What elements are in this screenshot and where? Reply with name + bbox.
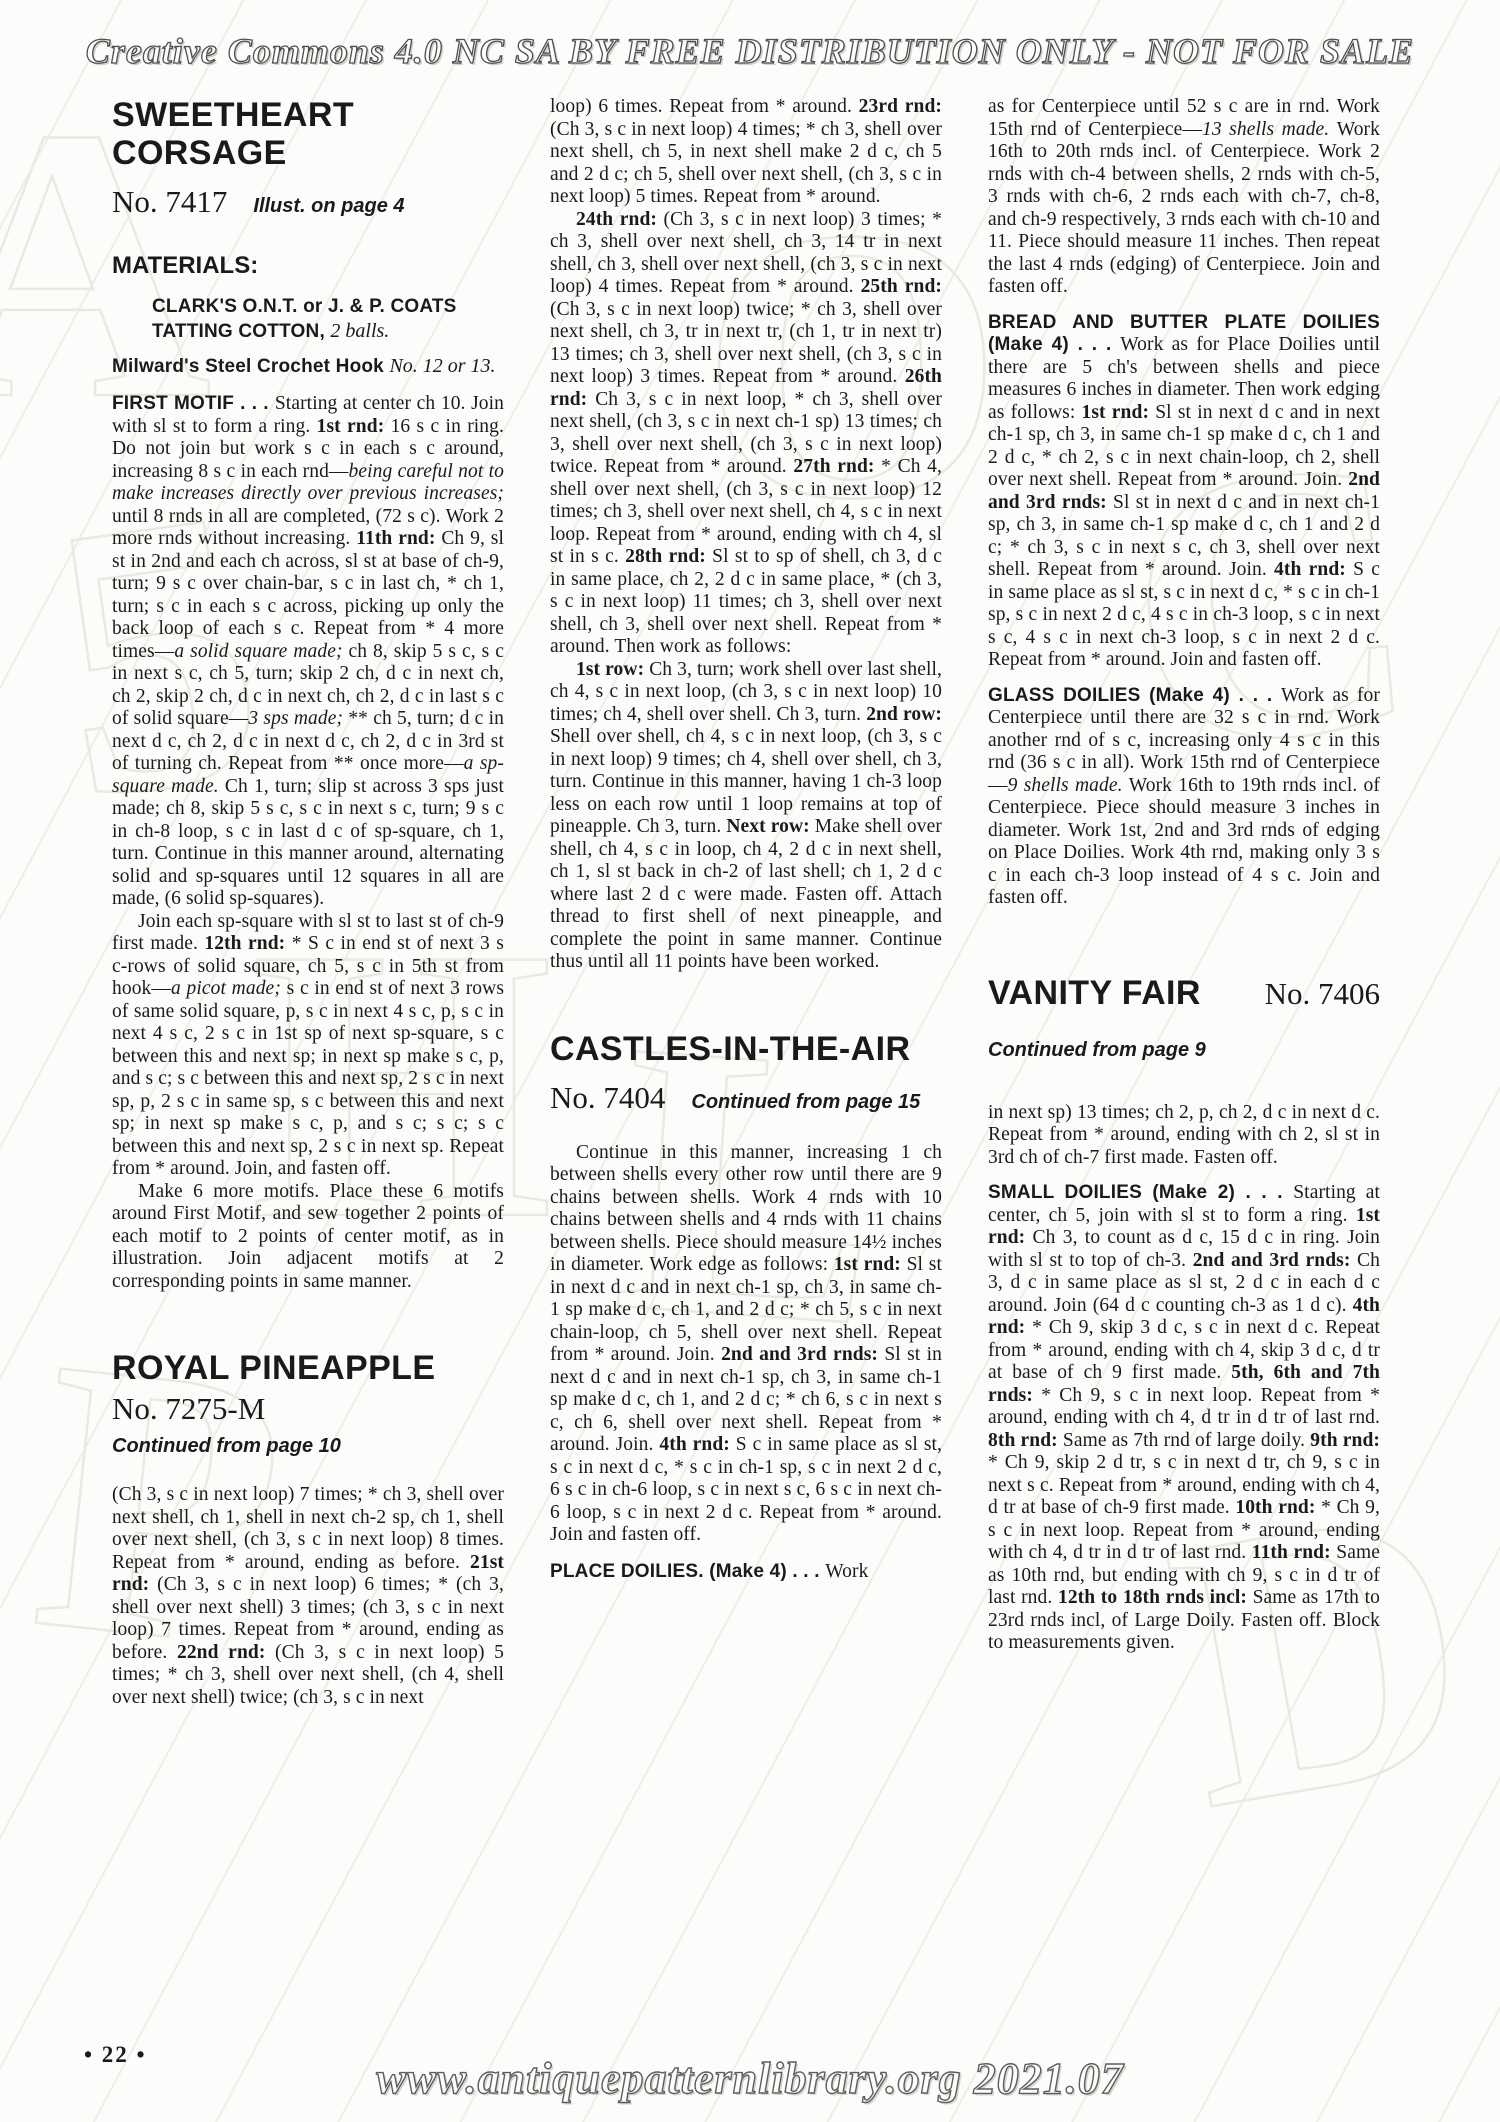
instruction-paragraph-make-motifs: Make 6 more motifs. Place these 6 motifs… <box>112 1181 504 1294</box>
continued-note: Continued from page 15 <box>691 1091 920 1114</box>
pattern-number: No. 7417 <box>112 184 227 220</box>
subsection-glass-doilies: GLASS DOILIES (Make 4) . . . Work as for… <box>988 685 1380 910</box>
subsection-place-doilies: PLACE DOILIES. (Make 4) . . . Work <box>550 1561 942 1584</box>
column-1: SWEETHEART CORSAGE No. 7417 Illust. on p… <box>112 96 504 1709</box>
pattern-title-sweetheart-corsage: SWEETHEART CORSAGE <box>112 96 504 172</box>
instruction-paragraph-royal-pineapple: (Ch 3, s c in next loop) 7 times; * ch 3… <box>112 1484 504 1709</box>
site-watermark: www.antiquepatternlibrary.org 2021.07 <box>0 2053 1500 2104</box>
subsection-bread-and-butter-doilies: BREAD AND BUTTER PLATE DOILIES (Make 4) … <box>988 312 1380 672</box>
instruction-paragraph-vanity-cont: in next sp) 13 times; ch 2, p, ch 2, d c… <box>988 1102 1380 1170</box>
continued-note: Continued from page 10 <box>112 1435 504 1458</box>
subsection-small-doilies: SMALL DOILIES (Make 2) . . . Starting at… <box>988 1182 1380 1655</box>
instruction-paragraph-castles: Continue in this manner, increasing 1 ch… <box>550 1142 942 1547</box>
instruction-paragraph-rnd24-28: 24th rnd: (Ch 3, s c in next loop) 3 tim… <box>550 209 942 659</box>
pattern-title-vanity-fair-line: VANITY FAIR No. 7406 <box>988 974 1380 1013</box>
instruction-paragraph-rnd23: loop) 6 times. Repeat from * around. 23r… <box>550 96 942 209</box>
pattern-title-royal-pineapple: ROYAL PINEAPPLE <box>112 1349 504 1387</box>
text-columns: SWEETHEART CORSAGE No. 7417 Illust. on p… <box>112 96 1380 1709</box>
instruction-paragraph-first-motif: FIRST MOTIF . . . Starting at center ch … <box>112 393 504 911</box>
license-banner: Creative Commons 4.0 NC SA BY FREE DISTR… <box>0 30 1500 72</box>
scanned-pattern-page: A 5 H P O C L D Creative Commons 4.0 NC … <box>0 0 1500 2122</box>
materials-heading: MATERIALS: <box>112 252 504 280</box>
materials-item-thread: CLARK'S O.N.T. or J. & P. COATS TATTING … <box>112 294 504 344</box>
pattern-number: No. 7406 <box>1265 976 1380 1012</box>
continued-note: Continued from page 9 <box>988 1039 1380 1062</box>
instruction-paragraph-rows: 1st row: Ch 3, turn; work shell over las… <box>550 659 942 974</box>
pattern-title-castles-in-the-air: CASTLES-IN-THE-AIR <box>550 1030 942 1068</box>
column-2: loop) 6 times. Repeat from * around. 23r… <box>550 96 942 1709</box>
instruction-paragraph-join-squares: Join each sp-square with sl st to last s… <box>112 911 504 1181</box>
column-3: as for Centerpiece until 52 s c are in r… <box>988 96 1380 1709</box>
illustration-note: Illust. on page 4 <box>253 195 404 218</box>
pattern-number: No. 7404 <box>550 1080 665 1116</box>
materials-item-hook: Milward's Steel Crochet Hook No. 12 or 1… <box>112 354 504 379</box>
pattern-number-line: No. 7417 Illust. on page 4 <box>112 184 504 220</box>
instruction-paragraph-centerpiece-cont: as for Centerpiece until 52 s c are in r… <box>988 96 1380 299</box>
pattern-number: No. 7275-M <box>112 1391 504 1427</box>
pattern-number-line: No. 7404 Continued from page 15 <box>550 1080 942 1116</box>
pattern-title-vanity-fair: VANITY FAIR <box>988 974 1201 1013</box>
